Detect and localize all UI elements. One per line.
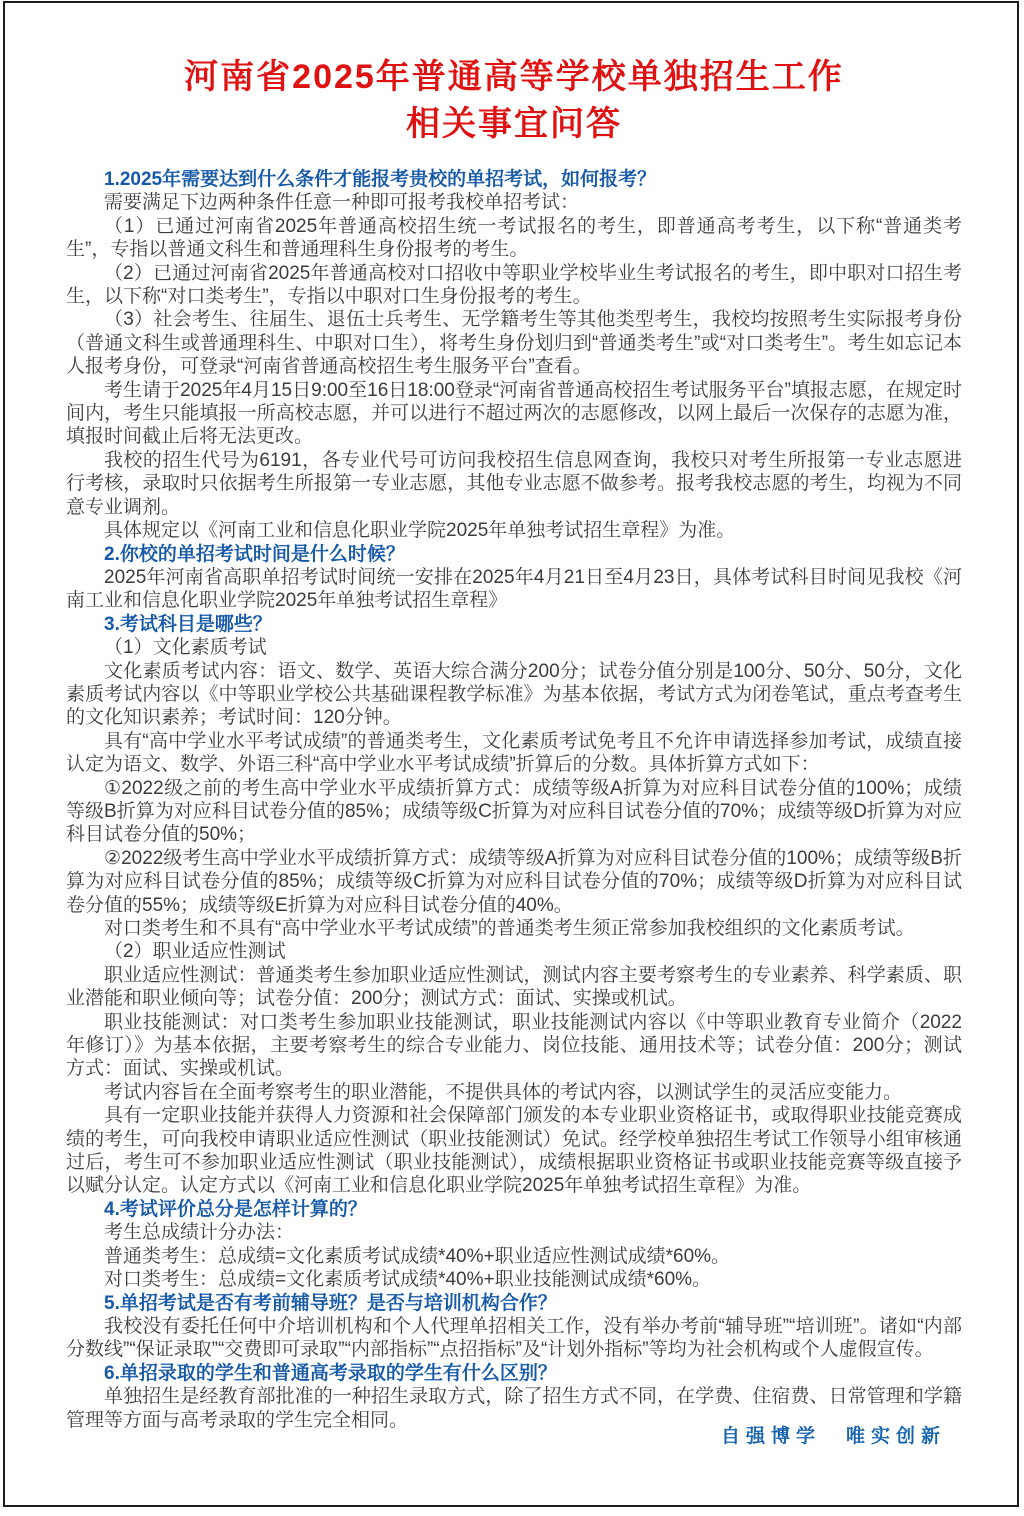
answer-paragraph: 文化素质考试内容：语文、数学、英语大综合满分200分；试卷分值分别是100分、5… — [66, 660, 962, 730]
qa-content: 1.2025年需要达到什么条件才能报考贵校的单招考试，如何报考？ 需要满足下边两… — [66, 168, 962, 1432]
question-heading-1: 1.2025年需要达到什么条件才能报考贵校的单招考试，如何报考？ — [66, 168, 962, 191]
answer-paragraph: 我校的招生代号为6191，各专业代号可访问我校招生信息网查询，我校只对考生所报第… — [66, 449, 962, 519]
answer-paragraph: 对口类考生和不具有“高中学业水平考试成绩”的普通类考生须正常参加我校组织的文化素… — [66, 917, 962, 940]
qa-block-1: 1.2025年需要达到什么条件才能报考贵校的单招考试，如何报考？ 需要满足下边两… — [66, 168, 962, 543]
answer-paragraph: 具体规定以《河南工业和信息化职业学院2025年单独考试招生章程》为准。 — [66, 519, 962, 542]
page-title-line-2: 相关事宜问答 — [66, 101, 962, 148]
page-title: 河南省2025年普通高等学校单独招生工作 相关事宜问答 — [66, 54, 962, 148]
answer-paragraph: 对口类考生：总成绩=文化素质考试成绩*40%+职业技能测试成绩*60%。 — [66, 1268, 962, 1291]
qa-block-5: 5.单招考试是否有考前辅导班？是否与培训机构合作？ 我校没有委托任何中介培训机构… — [66, 1292, 962, 1362]
answer-paragraph: 普通类考生：总成绩=文化素质考试成绩*40%+职业适应性测试成绩*60%。 — [66, 1245, 962, 1268]
qa-block-2: 2.你校的单招考试时间是什么时候？ 2025年河南省高职单招考试时间统一安排在2… — [66, 543, 962, 613]
answer-paragraph: 考试内容旨在全面考察考生的职业潜能，不提供具体的考试内容，以测试学生的灵活应变能… — [66, 1081, 962, 1104]
answer-paragraph: （2）已通过河南省2025年普通高校对口招收中等职业学校毕业生考试报名的考生，即… — [66, 262, 962, 309]
answer-paragraph: 我校没有委托任何中介培训机构和个人代理单招相关工作，没有举办考前“辅导班”“培训… — [66, 1315, 962, 1362]
page-title-line-1: 河南省2025年普通高等学校单独招生工作 — [66, 54, 962, 101]
answer-paragraph: 具有一定职业技能并获得人力资源和社会保障部门颁发的本专业职业资格证书，或取得职业… — [66, 1104, 962, 1198]
question-heading-4: 4.考试评价总分是怎样计算的？ — [66, 1198, 962, 1221]
answer-paragraph: （3）社会考生、往届生、退伍士兵考生、无学籍考生等其他类型考生，我校均按照考生实… — [66, 308, 962, 378]
qa-block-3: 3.考试科目是哪些？ （1）文化素质考试 文化素质考试内容：语文、数学、英语大综… — [66, 613, 962, 1198]
answer-paragraph: 具有“高中学业水平考试成绩”的普通类考生，文化素质考试免考且不允许申请选择参加考… — [66, 730, 962, 777]
question-heading-6: 6.单招录取的学生和普通高考录取的学生有什么区别？ — [66, 1362, 962, 1385]
answer-paragraph: 考生总成绩计分办法： — [66, 1221, 962, 1244]
qa-block-4: 4.考试评价总分是怎样计算的？ 考生总成绩计分办法： 普通类考生：总成绩=文化素… — [66, 1198, 962, 1292]
answer-paragraph: 需要满足下边两种条件任意一种即可报考我校单招考试： — [66, 191, 962, 214]
answer-paragraph: （1）已通过河南省2025年普通高校招生统一考试报名的考生，即普通高考考生，以下… — [66, 215, 962, 262]
answer-paragraph: 职业技能测试：对口类考生参加职业技能测试，职业技能测试内容以《中等职业教育专业简… — [66, 1011, 962, 1081]
answer-paragraph: 职业适应性测试：普通类考生参加职业适应性测试，测试内容主要考察考生的专业素养、科… — [66, 964, 962, 1011]
question-heading-2: 2.你校的单招考试时间是什么时候？ — [66, 543, 962, 566]
school-motto: 自强博学 唯实创新 — [721, 1421, 946, 1448]
answer-paragraph: 2025年河南省高职单招考试时间统一安排在2025年4月21日至4月23日，具体… — [66, 566, 962, 613]
answer-paragraph: 考生请于2025年4月15日9:00至16日18:00登录“河南省普通高校招生考… — [66, 379, 962, 449]
answer-paragraph: ①2022级之前的考生高中学业水平成绩折算方式：成绩等级A折算为对应科目试卷分值… — [66, 777, 962, 847]
question-heading-5: 5.单招考试是否有考前辅导班？是否与培训机构合作？ — [66, 1292, 962, 1315]
answer-paragraph: （1）文化素质考试 — [66, 636, 962, 659]
question-heading-3: 3.考试科目是哪些？ — [66, 613, 962, 636]
answer-paragraph: ②2022级考生高中学业水平成绩折算方式：成绩等级A折算为对应科目试卷分值的10… — [66, 847, 962, 917]
document: 河南省2025年普通高等学校单独招生工作 相关事宜问答 1.2025年需要达到什… — [66, 0, 962, 1432]
answer-paragraph: （2）职业适应性测试 — [66, 940, 962, 963]
